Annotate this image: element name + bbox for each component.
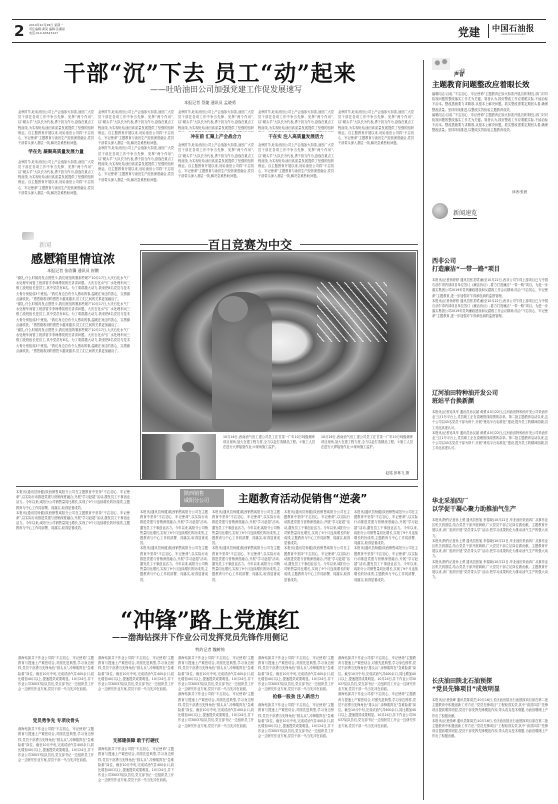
sales-badge: 陕西销售 咸阳分公司 [180,489,224,507]
worker-helmet [182,442,194,452]
paper-name-en: CHINA PETROLEUM DAILY [492,34,535,36]
news-story-body: “谢礼,什么时候再发点感恩卡,我们班组的墨那些呢?”10月17日,大庆石化水气厂… [16,276,130,486]
news-briefs-label: 新闻速览 [453,210,477,219]
voice-badge: 一线 声音 [432,58,465,78]
bottom-title: “冲锋”路上党旗红 [0,604,420,635]
masthead-divider [488,24,489,38]
brief-4-body: 本报讯(记者张峰 通讯员陈周艺)10月16日,长庆油田陕北石油预探项目部在第二批… [432,698,548,798]
bottom-col-5: 渤海钻探井下作业公司将“不忘初心、牢记使命”主题教育与提速上产紧密结合,对照先进… [338,656,416,796]
worker-body [176,452,200,479]
news-briefs-badge: 新闻速览 [432,200,477,219]
photo-banner-rule-left [140,244,208,245]
bottom-col-3: 渤海钻探井下作业公司将“不忘初心、牢记使命”主题教育与提速上产紧密结合,对照先进… [178,656,254,796]
voice-title: 主题教育问题整改应着眼长效 [432,79,530,90]
masthead-bottom-rule [12,42,546,43]
globe-icon [432,203,448,219]
lead-byline: 本报记者 蔡婕 通讯员 孟晓勇 [0,100,420,106]
sales-col-4: 本报讯(通讯员杨健)陕西销售咸阳分公司在主题教育中坚持“不忘初心、牢记使命”,以… [284,510,350,596]
lead-subhead-2: 冲在前 汇聚上产会战合力 [178,135,254,140]
bottom-subhead-1: 党员勇争先 专项攻骨头 [18,719,94,724]
lead-subhead-3: 干在实 注入高质量发展活力 [258,135,334,140]
photo-caption-col-1: 10月16日,西南油气田工建公司员工在甘肃一广年10万吨级储库项目现场,加大在建… [223,435,315,479]
bottom-col-4: 渤海钻探井下作业公司将“不忘初心、牢记使命”主题教育与提速上产紧密结合,对照先进… [258,656,334,796]
paper-logo: 中国石油报 CHINA PETROLEUM DAILY [492,23,535,36]
voice-body: 编辑同志:目前,“不忘初心、牢记使命”主题教育正如火如荼开展,因时制宜,部门对对… [432,92,548,192]
inset-photo [142,434,216,479]
sales-col-5: 本报讯(通讯员杨健)陕西销售咸阳分公司在主题教育中坚持“不忘初心、牢记使命”,以… [354,510,418,596]
brief-3-title: 华北采油四厂 以学促干凝心聚力助推油气生产 [432,498,516,514]
welding-sparks [317,282,387,342]
section-name: 党建 [458,24,480,40]
sales-title: 主题教育活动促销售“逆袭” [238,491,367,506]
voice-badge-icon [432,58,450,70]
lead-col-5: 金秋时节,吐哈油田公司上产会战如火如荼,油田广大党员干部在各项工作中争当先锋、发… [338,110,414,230]
brief-1-title: 西非公司 打造廉洁“一带一路”项目 [432,258,500,274]
news-badge-icon [22,232,34,240]
sales-col-2: 本报讯(通讯员杨健)陕西销售咸阳分公司在主题教育中坚持“不忘初心、牢记使命”,以… [140,510,208,596]
bottom-subhead-2: 支部建保障 敢于打硬仗 [98,739,174,744]
main-photo [142,252,416,432]
lead-subtitle: ——吐哈油田公司加强党建工作促发展速写 [150,84,302,95]
photo-frame: 10月16日,西南油气田工建公司员工在甘肃一广年10万吨级储库项目现场,加大在建… [140,250,418,480]
bottom-col-1: 渤海钻探井下作业公司将“不忘初心、牢记使命”主题教育与提速上产紧密结合,对照先进… [18,656,94,796]
welder-helmet [218,296,248,322]
brief-3-body: 本报讯(特约记者孙上勇 通讯员张旭 李春晓)10月22日,华北油田采油四厂从事作… [432,518,548,668]
bottom-byline: 特约记者 魏树锦 [0,647,420,653]
phone-line: 电话:010-64523127 [29,31,65,35]
lead-col-4: 金秋时节,吐哈油田公司上产会战如火如荼,油田广大党员干部在各项工作中争当先锋、发… [258,110,334,230]
photo-caption-col-2: 10月16日,西南油气田工建公司员工在甘肃一广年10万吨级储库项目现场,加大在建… [321,435,413,471]
masthead-info: 2019年10月28日 星期一 责任编辑:龚昊 编辑:张翼星 电话:010-64… [29,23,65,35]
news-story-title: 感恩箱里情谊浓 [14,250,132,267]
brief-2-title: 辽河油田特种油开发公司 班站平台换新颜 [432,390,498,406]
bottom-subtitle: ——渤海钻探井下作业公司发挥党员先锋作用侧记 [112,632,288,643]
lead-col-3: 金秋时节,吐哈油田公司上产会战如火如荼,油田广大党员干部在各项工作中争当先锋、发… [178,110,254,230]
news-story-byline: 本报记者 张欣馨 通讯员 崔鹏 [14,268,132,274]
paper-name: 中国石油报 [492,23,535,34]
brief-4-title: 长庆油田陕北石油预探 “党员先锋项目”成效明显 [432,678,500,694]
photo-credit: 赵铭 彭林飞 摄 [386,471,409,476]
masthead-top-rule [12,19,546,20]
voice-badge-bottom: 声音 [454,71,465,78]
photo-banner-rule-right [300,244,418,245]
sales-col-3: 本报讯(通讯员杨健)陕西销售咸阳分公司在主题教育中坚持“不忘初心、牢记使命”,以… [212,510,280,596]
sales-top-rule [16,486,418,487]
news-badge-top: 新闻 [39,242,51,249]
sales-left-col: 本报讯(通讯员杨健)陕西销售咸阳分公司在主题教育中坚持“不忘初心、牢记使命”,以… [16,490,130,590]
lead-col-2: 金秋时节,吐哈油田公司上产会战如火如荼,油田广大党员干部在各项工作中争当先锋、发… [98,110,174,260]
brief-1-body: 本报讯(记者杨婷婷 通讯员张龙珺)截至10月22日,西非公司乍得上游项目已与中国… [432,278,548,378]
page-number: 2 [14,22,24,40]
bottom-col-2: 渤海钻探井下作业公司将“不忘初心、牢记使命”主题教育与提速上产紧密结合,对照先进… [98,656,174,796]
lead-subhead-1: 学在先 凝聚高质量发展力量 [18,150,94,155]
right-column-divider [423,60,424,800]
brief-2-body: 本报讯(记者吴凤华 通讯员孙汉斌 黄勇)10月22日,辽河油田特种油开发公司采油… [432,410,548,490]
bottom-subhead-3: 抢修一股劲 注入新活力 [258,695,334,700]
voice-signature: 读者:张晨 [512,190,527,195]
